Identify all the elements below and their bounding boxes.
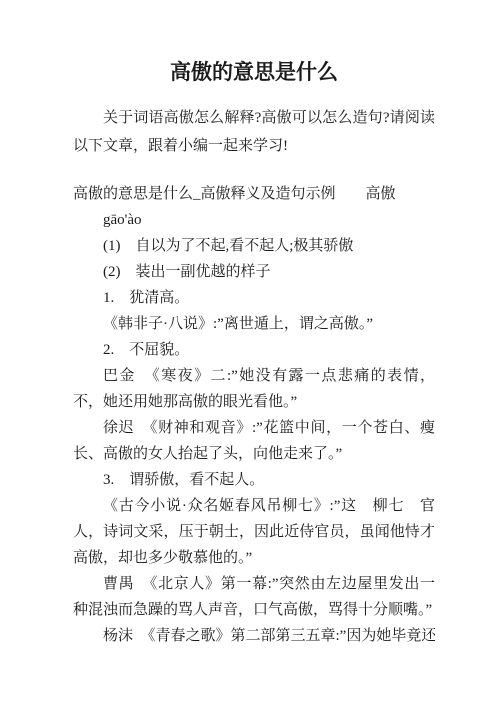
citation-paragraph: 曹禺 《北京人》第一幕:”突然由左边屋里发出一种混浊而急躁的骂人声音，口气高傲，… (73, 571, 435, 623)
document-page: 高傲的意思是什么 关于词语高傲怎么解释?高傲可以怎么造句?请阅读以下文章，跟着小… (0, 0, 500, 708)
definition-item: (2) 装出一副优越的样子 (73, 259, 435, 285)
citation-paragraph-truncated: 杨沫 《青春之歌》第二部第三五章:”因为她毕竟还没 (73, 623, 435, 649)
citation-paragraph: 《古今小说·众名姬春风吊柳七》:”这 柳七 官人，诗词文采，压于朝士，因此近侍官… (73, 493, 435, 571)
sense-item: 1. 犹清高。 (73, 285, 435, 311)
sense-item: 3. 谓骄傲，看不起人。 (73, 467, 435, 493)
definition-item: (1) 自以为了不起,看不起人;极其骄傲 (73, 233, 435, 259)
citation-paragraph: 《韩非子·八说》:”离世遁上，谓之高傲。” (73, 311, 435, 337)
pinyin: gāo'ào (73, 207, 435, 233)
page-title: 高傲的意思是什么 (73, 58, 435, 86)
citation-paragraph: 徐迟 《财神和观音》:”花篮中间，一个苍白、瘦长、高傲的女人抬起了头，向他走来了… (73, 415, 435, 467)
section-heading: 高傲的意思是什么_高傲释义及造句示例 高傲 (73, 181, 435, 207)
sense-item: 2. 不屈貌。 (73, 337, 435, 363)
citation-paragraph: 巴金 《寒夜》二:”她没有露一点悲痛的表情，不，她还用她那高傲的眼光看他。” (73, 363, 435, 415)
intro-paragraph: 关于词语高傲怎么解释?高傲可以怎么造句?请阅读以下文章，跟着小编一起来学习! (73, 104, 435, 160)
